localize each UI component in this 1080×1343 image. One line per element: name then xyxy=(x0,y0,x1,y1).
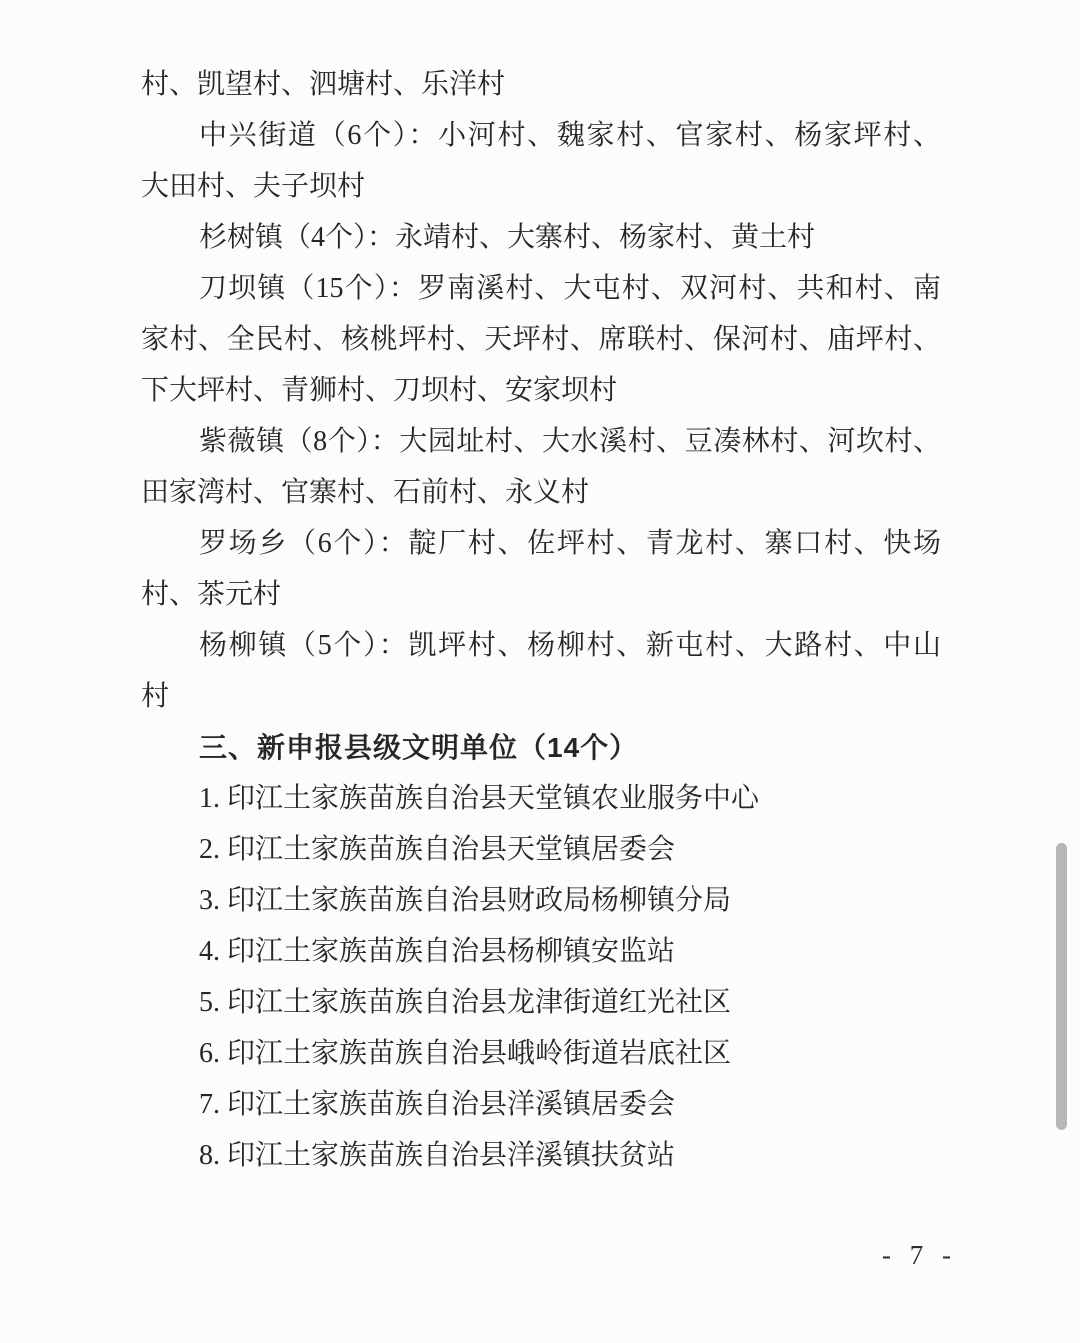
unit-list-item: 1. 印江土家族苗族自治县天堂镇农业服务中心 xyxy=(141,773,941,824)
document-line: 杉树镇（4个）：永靖村、大寨村、杨家村、黄土村 xyxy=(141,212,941,263)
document-line: 罗场乡（6个）：靛厂村、佐坪村、青龙村、寨口村、快场 xyxy=(141,518,941,569)
document-line: 下大坪村、青狮村、刀坝村、安家坝村 xyxy=(141,365,941,416)
unit-list-item: 3. 印江土家族苗族自治县财政局杨柳镇分局 xyxy=(141,875,941,926)
document-line: 紫薇镇（8个）：大园址村、大水溪村、豆凑林村、河坎村、 xyxy=(141,416,941,467)
document-line: 村 xyxy=(141,671,941,722)
document-body: 村、凯望村、泗塘村、乐洋村 中兴街道（6个）：小河村、魏家村、官家村、杨家坪村、… xyxy=(141,59,941,1181)
unit-list-item: 8. 印江土家族苗族自治县洋溪镇扶贫站 xyxy=(141,1130,941,1181)
unit-list-item: 7. 印江土家族苗族自治县洋溪镇居委会 xyxy=(141,1079,941,1130)
document-line: 村、茶元村 xyxy=(141,569,941,620)
document-line: 家村、全民村、核桃坪村、天坪村、席联村、保河村、庙坪村、 xyxy=(141,314,941,365)
page-number: - 7 - xyxy=(878,1240,958,1270)
document-line: 中兴街道（6个）：小河村、魏家村、官家村、杨家坪村、 xyxy=(141,110,941,161)
unit-list-item: 2. 印江土家族苗族自治县天堂镇居委会 xyxy=(141,824,941,875)
document-page: 村、凯望村、泗塘村、乐洋村 中兴街道（6个）：小河村、魏家村、官家村、杨家坪村、… xyxy=(0,0,1080,1343)
unit-list-item: 4. 印江土家族苗族自治县杨柳镇安监站 xyxy=(141,926,941,977)
document-line: 大田村、夫子坝村 xyxy=(141,161,941,212)
document-line: 田家湾村、官寨村、石前村、永义村 xyxy=(141,467,941,518)
unit-list-item: 6. 印江土家族苗族自治县峨岭街道岩底社区 xyxy=(141,1028,941,1079)
document-line: 刀坝镇（15个）：罗南溪村、大屯村、双河村、共和村、南 xyxy=(141,263,941,314)
section-heading: 三、新申报县级文明单位（14个） xyxy=(141,722,941,773)
unit-list-item: 5. 印江土家族苗族自治县龙津街道红光社区 xyxy=(141,977,941,1028)
scrollbar-thumb[interactable] xyxy=(1056,843,1067,1130)
document-line: 杨柳镇（5个）：凯坪村、杨柳村、新屯村、大路村、中山 xyxy=(141,620,941,671)
document-line: 村、凯望村、泗塘村、乐洋村 xyxy=(141,59,941,110)
